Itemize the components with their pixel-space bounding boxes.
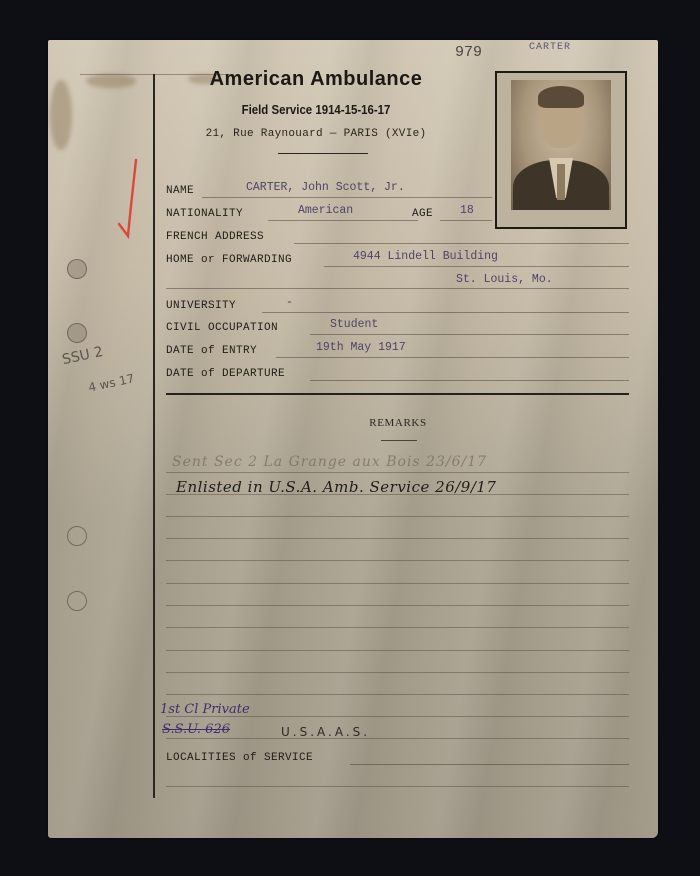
remarks-line (166, 583, 629, 584)
localities-label: LOCALITIES of SERVICE (166, 752, 313, 764)
university-label: UNIVERSITY (166, 300, 236, 312)
remarks-line (166, 560, 629, 561)
home-forwarding-label: HOME or FORWARDING (166, 254, 292, 266)
section-divider (166, 393, 629, 395)
document-subtitle: Field Service 1914-15-16-17 (186, 102, 446, 117)
civil-occupation-label: CIVIL OCCUPATION (166, 322, 278, 334)
punch-hole (67, 259, 87, 279)
age-line (440, 220, 492, 221)
margin-note-unit: SSU 2 (61, 344, 105, 368)
date-entry-value: 19th May 1917 (316, 341, 406, 354)
nationality-value: American (298, 204, 353, 217)
remarks-line (166, 672, 629, 673)
remarks-line (166, 650, 629, 651)
remarks-line (166, 694, 629, 695)
remarks-line (166, 472, 629, 473)
rank-handwritten: 1st Cl Private (160, 702, 250, 717)
name-line (202, 197, 492, 198)
remarks-line (166, 538, 629, 539)
home-forwarding-line-2 (166, 288, 629, 289)
check-mark-icon (116, 158, 138, 242)
home-forwarding-value-2: St. Louis, Mo. (456, 273, 553, 286)
remarks-line (166, 605, 629, 606)
home-forwarding-value-1: 4944 Lindell Building (353, 250, 498, 263)
punch-hole (67, 591, 87, 611)
document-title: American Ambulance (168, 68, 464, 91)
home-forwarding-line (324, 266, 629, 267)
margin-note-date: 4 ws 17 (87, 371, 136, 394)
punch-hole (67, 526, 87, 546)
water-stain (50, 80, 72, 150)
french-address-label: FRENCH ADDRESS (166, 231, 264, 243)
document-address: 21, Rue Raynouard — PARIS (XVIe) (168, 128, 464, 140)
nationality-line (268, 220, 418, 221)
localities-line-2 (166, 786, 629, 787)
margin-rule (153, 74, 155, 798)
age-value: 18 (460, 204, 474, 217)
french-address-line (294, 243, 629, 244)
remarks-rule (381, 440, 417, 441)
civil-occupation-line (310, 334, 629, 335)
date-entry-label: DATE of ENTRY (166, 345, 257, 357)
remarks-line (166, 738, 629, 739)
rank-struck-out: S.S.U. 626 (162, 722, 230, 737)
portrait-photo (511, 80, 611, 210)
remarks-line (166, 494, 629, 495)
name-stamp: CARTER (529, 42, 571, 53)
date-departure-label: DATE of DEPARTURE (166, 368, 285, 380)
portrait-frame (495, 71, 627, 229)
remarks-line (166, 516, 629, 517)
university-value: - (286, 296, 293, 309)
date-departure-line (310, 380, 629, 381)
ornament-rule (278, 153, 368, 154)
civil-occupation-value: Student (330, 318, 378, 331)
unit-abbreviation: U.S.A.A.S. (281, 725, 370, 739)
name-value: CARTER, John Scott, Jr. (246, 181, 405, 194)
university-line (262, 312, 629, 313)
remarks-heading: REMARKS (348, 417, 448, 429)
nationality-label: NATIONALITY (166, 208, 243, 220)
water-stain (86, 74, 136, 88)
name-label: NAME (166, 185, 194, 197)
remarks-line (166, 627, 629, 628)
remark-entry-1: Sent Sec 2 La Grange aux Bois 23/6/17 (172, 454, 487, 470)
punch-hole (67, 323, 87, 343)
localities-line (350, 764, 629, 765)
age-label: AGE (412, 208, 433, 220)
record-card: SSU 2 4 ws 17 979 CARTER American Ambula… (48, 40, 658, 838)
document-number: 979 (455, 44, 482, 61)
date-entry-line (276, 357, 629, 358)
